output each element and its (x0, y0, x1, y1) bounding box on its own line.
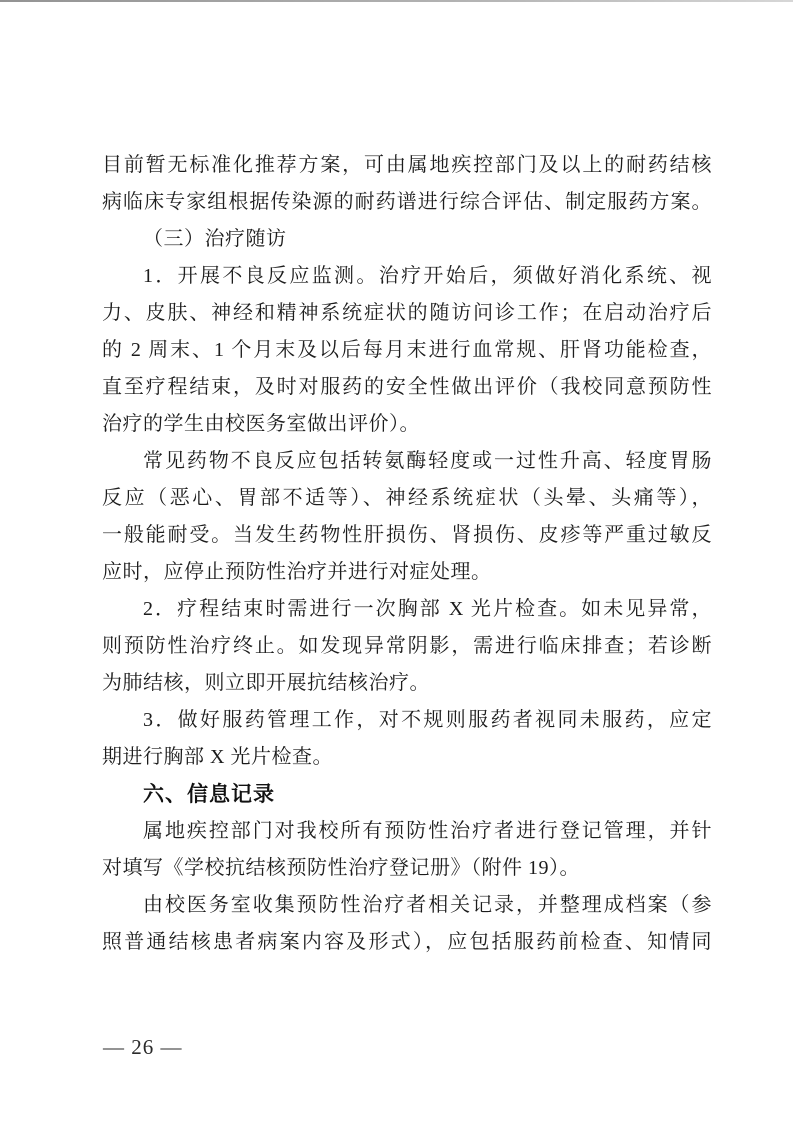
text-line: 目前暂无标准化推荐方案，可由属地疾控部门及以上的耐药结核 (102, 147, 712, 184)
document-page: 目前暂无标准化推荐方案，可由属地疾控部门及以上的耐药结核 病临床专家组根据传染源… (0, 0, 793, 1122)
text-line: 病临床专家组根据传染源的耐药谱进行综合评估、制定服药方案。 (102, 184, 712, 221)
text-line: 一般能耐受。当发生药物性肝损伤、肾损伤、皮疹等严重过敏反 (102, 517, 712, 554)
page-number: — 26 — (103, 1032, 183, 1062)
text-line: 由校医务室收集预防性治疗者相关记录，并整理成档案（参 (102, 887, 712, 924)
text-line: 力、皮肤、神经和精神系统症状的随访问诊工作；在启动治疗后 (102, 295, 712, 332)
text-line: 常见药物不良反应包括转氨酶轻度或一过性升高、轻度胃肠 (102, 443, 712, 480)
text-line: 直至疗程结束，及时对服药的安全性做出评价（我校同意预防性 (102, 369, 712, 406)
text-line: 应时，应停止预防性治疗并进行对症处理。 (102, 554, 712, 591)
scan-edge-artifact (0, 0, 793, 2)
text-line: 2．疗程结束时需进行一次胸部 X 光片检查。如未见异常， (102, 591, 712, 628)
text-line: 照普通结核患者病案内容及形式），应包括服药前检查、知情同 (102, 924, 712, 961)
text-line: 的 2 周末、1 个月末及以后每月末进行血常规、肝肾功能检查， (102, 332, 712, 369)
text-line: 对填写《学校抗结核预防性治疗登记册》（附件 19）。 (102, 850, 712, 887)
text-line: 反应（恶心、胃部不适等）、神经系统症状（头晕、头痛等）， (102, 480, 712, 517)
section-heading-info-records: 六、信息记录 (102, 776, 712, 813)
section-heading-treatment-followup: （三）治疗随访 (102, 221, 712, 258)
page-body-text: 目前暂无标准化推荐方案，可由属地疾控部门及以上的耐药结核 病临床专家组根据传染源… (102, 147, 712, 961)
text-line: 属地疾控部门对我校所有预防性治疗者进行登记管理，并针 (102, 813, 712, 850)
text-line: 1．开展不良反应监测。治疗开始后，须做好消化系统、视 (102, 258, 712, 295)
text-line: 则预防性治疗终止。如发现异常阴影，需进行临床排查；若诊断 (102, 628, 712, 665)
text-line: 3．做好服药管理工作，对不规则服药者视同未服药，应定 (102, 702, 712, 739)
text-line: 治疗的学生由校医务室做出评价）。 (102, 406, 712, 443)
text-line: 为肺结核，则立即开展抗结核治疗。 (102, 665, 712, 702)
text-line: 期进行胸部 X 光片检查。 (102, 739, 712, 776)
